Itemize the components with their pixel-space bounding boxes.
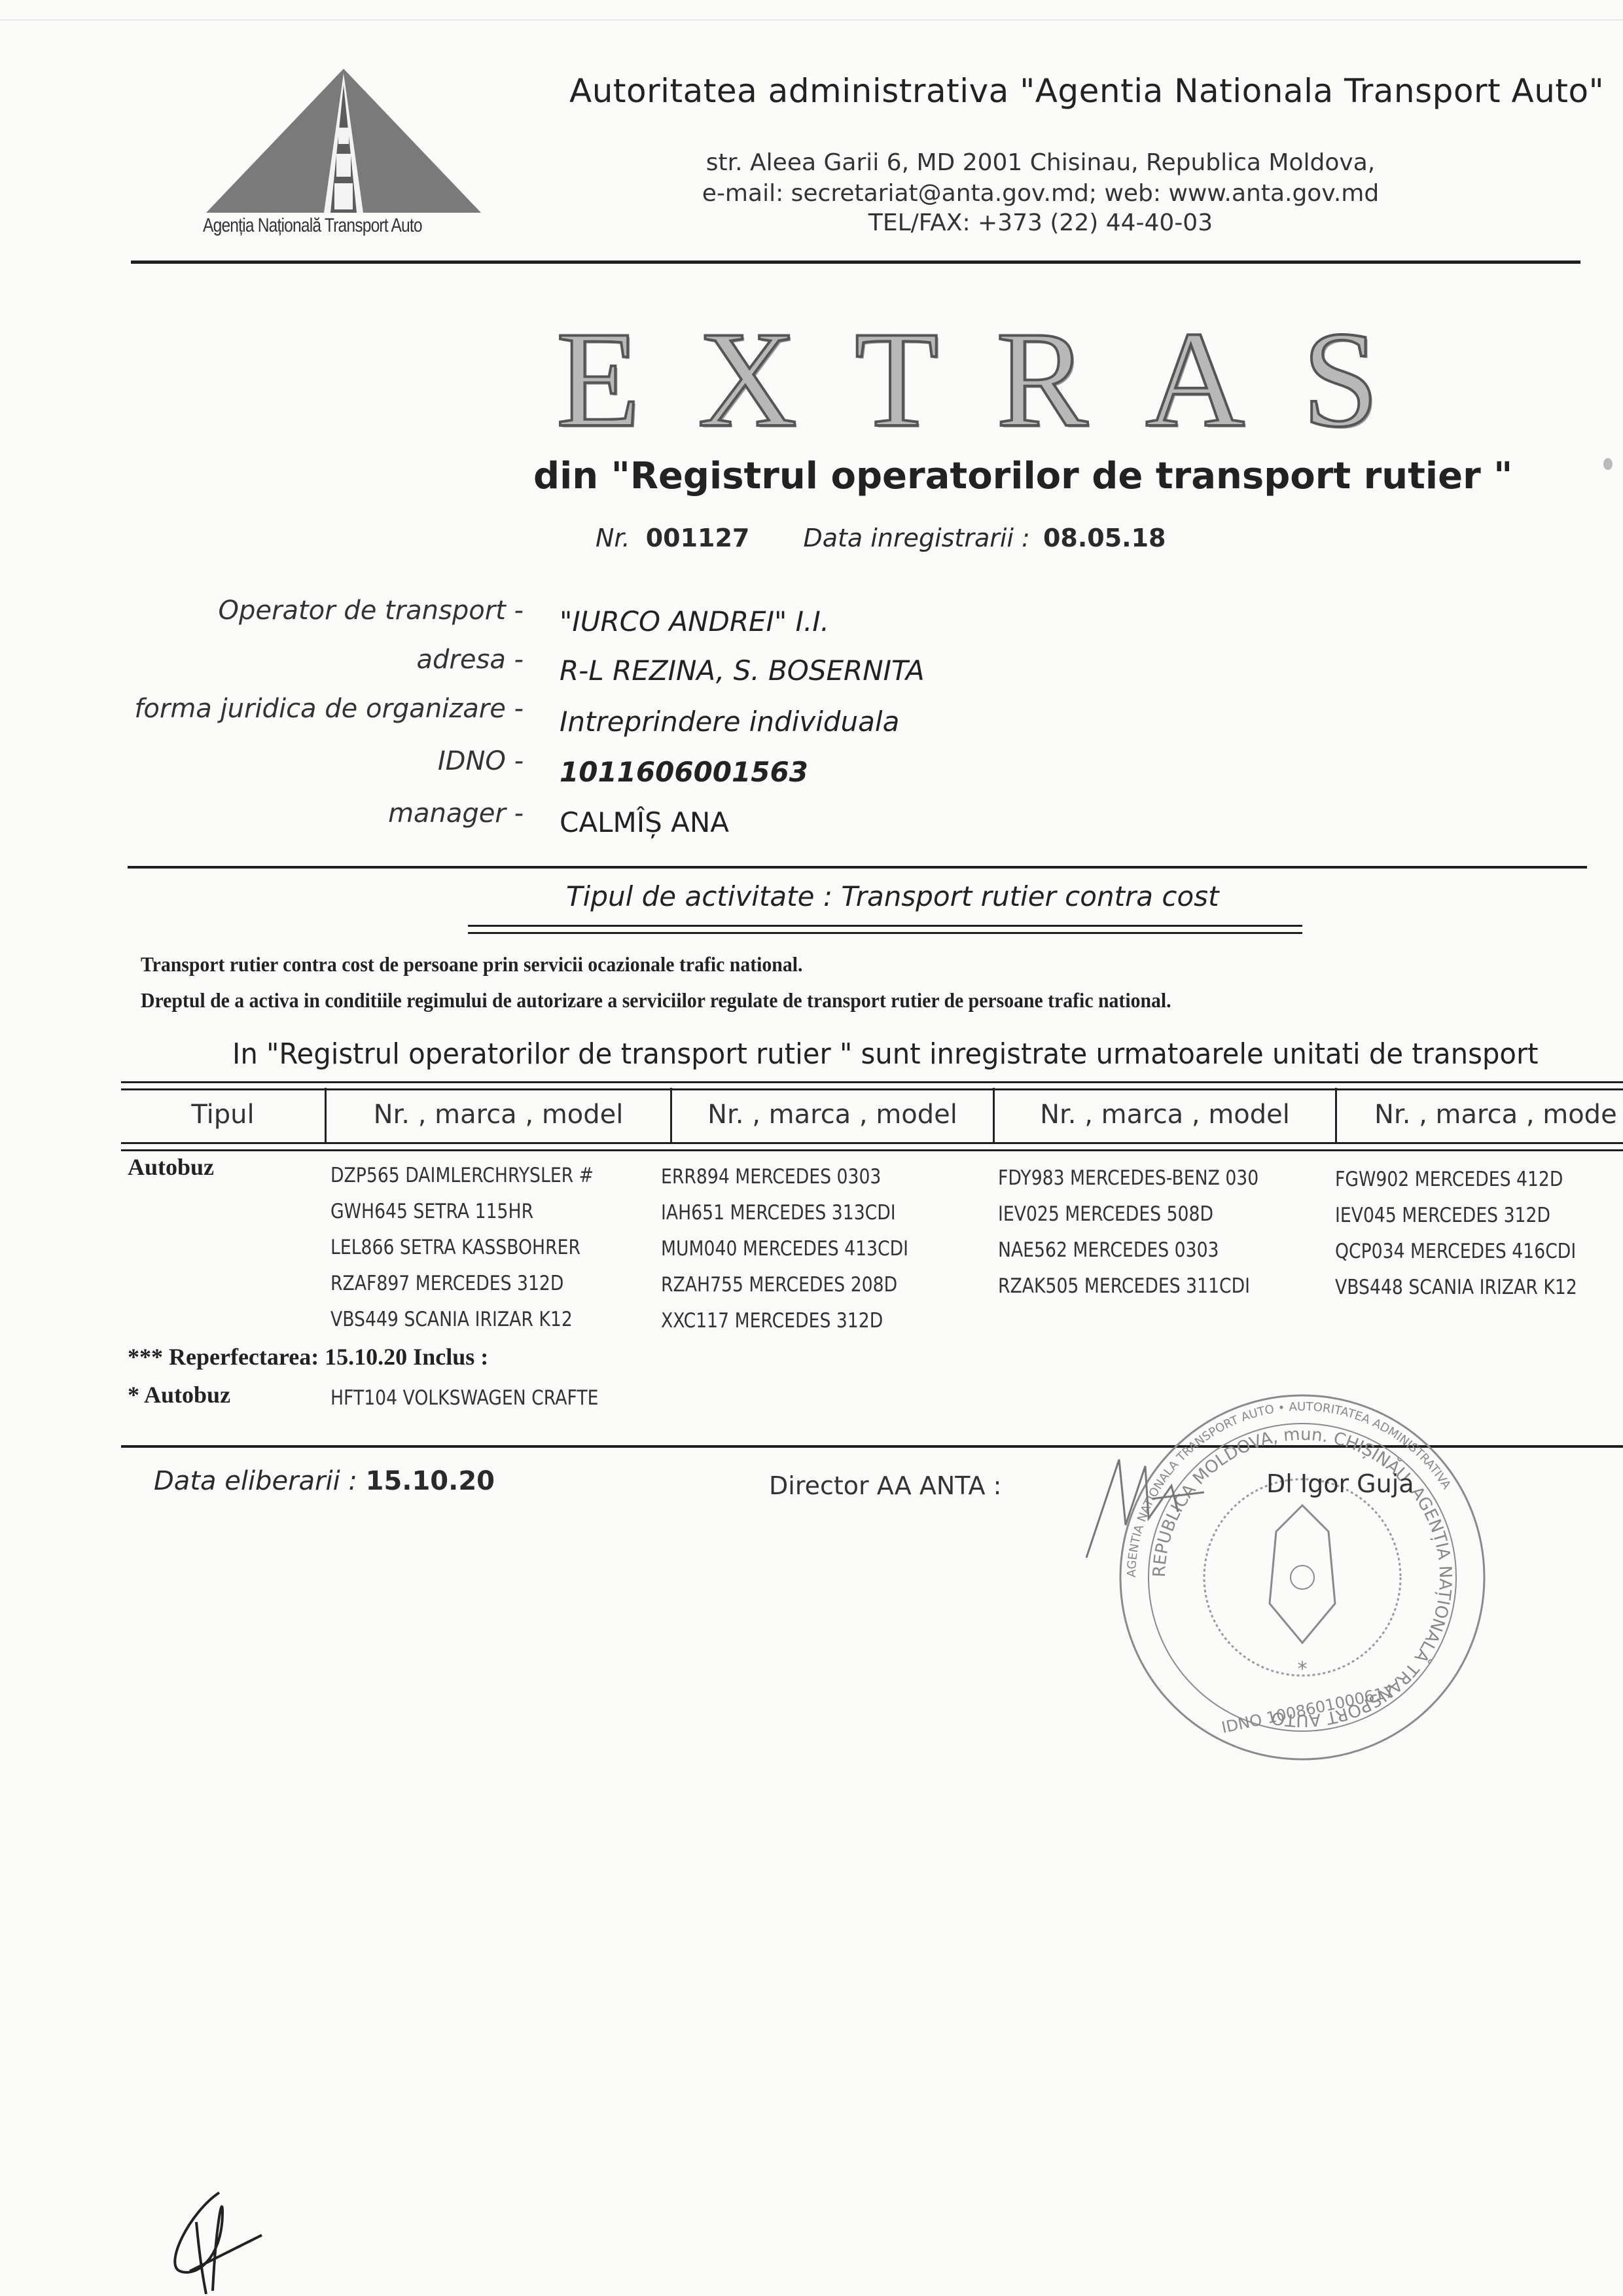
vehicle-cell: NAE562 MERCEDES 0303 xyxy=(998,1238,1219,1262)
column-header-type: Tipul xyxy=(121,1100,325,1130)
added-type: * Autobuz xyxy=(128,1381,230,1408)
table-header-bottom-line-2 xyxy=(121,1149,1623,1151)
vehicle-cell: LEL866 SETRA KASSBOHRER xyxy=(330,1236,580,1259)
activity-paragraph-2: Dreptul de a activa in conditiile regimu… xyxy=(141,988,1171,1013)
activity-paragraph-1: Transport rutier contra cost de persoane… xyxy=(141,952,802,977)
vehicle-cell: IEV045 MERCEDES 312D xyxy=(1335,1204,1550,1227)
director-signature-icon xyxy=(1073,1446,1243,1564)
activity-value: Transport rutier contra cost xyxy=(841,880,1219,912)
activity-underline xyxy=(468,925,1302,927)
nr-value: 001127 xyxy=(646,524,750,552)
official-stamp-icon: AGENTIA NATIONALA TRANSPORT AUTO • AUTOR… xyxy=(1113,1388,1492,1767)
activity-underline-2 xyxy=(468,932,1302,934)
registration-line: Nr. 001127 Data inregistrarii : 08.05.18 xyxy=(596,524,1166,552)
column-header-vehicle: Nr. , marca , mode xyxy=(1374,1100,1617,1130)
reperfectare-note: *** Reperfectarea: 15.10.20 Inclus : xyxy=(128,1343,488,1371)
vehicle-cell: RZAF897 MERCEDES 312D xyxy=(330,1272,563,1295)
legal-form-label: forma juridica de organizare - xyxy=(0,694,524,724)
table-top-line xyxy=(121,1081,1623,1083)
registry-heading: In "Registrul operatorilor de transport … xyxy=(232,1037,1539,1071)
table-header-bottom-line xyxy=(121,1142,1623,1144)
scan-mark xyxy=(1603,458,1613,470)
vehicle-cell: DZP565 DAIMLERCHRYSLER # xyxy=(330,1164,594,1187)
authority-title: Autoritatea administrativa "Agentia Nati… xyxy=(569,72,1604,110)
reg-date-value: 08.05.18 xyxy=(1043,524,1166,552)
top-edge-line xyxy=(0,20,1623,20)
idno-value: 1011606001563 xyxy=(560,756,808,788)
vehicle-cell: QCP034 MERCEDES 416CDI xyxy=(1335,1240,1576,1263)
vehicle-cell: FDY983 MERCEDES-BENZ 030 xyxy=(998,1166,1258,1190)
logo-caption: Agenția Națională Transport Auto xyxy=(203,215,422,237)
vehicle-cell: VBS448 SCANIA IRIZAR K12 xyxy=(1335,1276,1577,1299)
fields-divider xyxy=(128,866,1587,869)
vehicle-cell: RZAH755 MERCEDES 208D xyxy=(661,1273,897,1297)
address-label: adresa - xyxy=(0,645,524,675)
contact-line: e-mail: secretariat@anta.gov.md; web: ww… xyxy=(654,180,1427,207)
vehicle-cell: MUM040 MERCEDES 413CDI xyxy=(661,1237,908,1261)
vehicle-cell: ERR894 MERCEDES 0303 xyxy=(661,1165,881,1189)
vehicle-cell: FGW902 MERCEDES 412D xyxy=(1335,1168,1563,1191)
nr-label: Nr. xyxy=(596,524,630,552)
address-line: str. Aleea Garii 6, MD 2001 Chisinau, Re… xyxy=(654,149,1427,176)
document-subtitle: din "Registrul operatorilor de transport… xyxy=(533,455,1512,497)
vehicle-cell: VBS449 SCANIA IRIZAR K12 xyxy=(330,1308,573,1331)
issue-date: Data eliberarii : 15.10.20 xyxy=(154,1466,495,1496)
document-title: EXTRAS xyxy=(556,301,1436,459)
issue-date-label: Data eliberarii : xyxy=(154,1466,357,1496)
director-name: Dl Igor Guja xyxy=(1266,1469,1414,1498)
header-divider xyxy=(131,260,1580,264)
vehicle-cell: IAH651 MERCEDES 313CDI xyxy=(661,1201,896,1225)
vehicle-cell: GWH645 SETRA 115HR xyxy=(330,1200,533,1223)
svg-text:*: * xyxy=(1298,1658,1308,1681)
initials-signature-icon xyxy=(151,2186,281,2296)
phone-line: TEL/FAX: +373 (22) 44-40-03 xyxy=(654,209,1427,236)
column-header-vehicle: Nr. , marca , model xyxy=(672,1100,993,1130)
idno-label: IDNO - xyxy=(0,746,524,776)
vehicle-cell: XXC117 MERCEDES 312D xyxy=(661,1309,883,1333)
row-type-autobuz: Autobuz xyxy=(128,1153,214,1181)
operator-value: "IURCO ANDREI" I.I. xyxy=(560,605,829,637)
legal-form-value: Intreprindere individuala xyxy=(560,706,899,738)
address-value: R-L REZINA, S. BOSERNITA xyxy=(560,655,925,687)
director-label: Director AA ANTA : xyxy=(769,1471,1001,1500)
column-separator xyxy=(1335,1088,1337,1144)
activity-type: Tipul de activitate : Transport rutier c… xyxy=(566,880,1219,912)
manager-label: manager - xyxy=(0,798,524,829)
vehicle-cell: IEV025 MERCEDES 508D xyxy=(998,1202,1213,1226)
column-header-vehicle: Nr. , marca , model xyxy=(327,1100,670,1130)
added-vehicle: HFT104 VOLKSWAGEN CRAFTE xyxy=(330,1386,598,1410)
activity-label: Tipul de activitate : xyxy=(566,880,832,912)
column-header-vehicle: Nr. , marca , model xyxy=(995,1100,1335,1130)
issue-date-value: 15.10.20 xyxy=(366,1466,495,1496)
operator-label: Operator de transport - xyxy=(0,596,524,626)
table-top-line-2 xyxy=(121,1088,1623,1090)
vehicle-cell: RZAK505 MERCEDES 311CDI xyxy=(998,1274,1250,1298)
manager-value: CALMÎȘ ANA xyxy=(560,806,729,838)
reg-date-label: Data inregistrarii : xyxy=(803,524,1029,552)
